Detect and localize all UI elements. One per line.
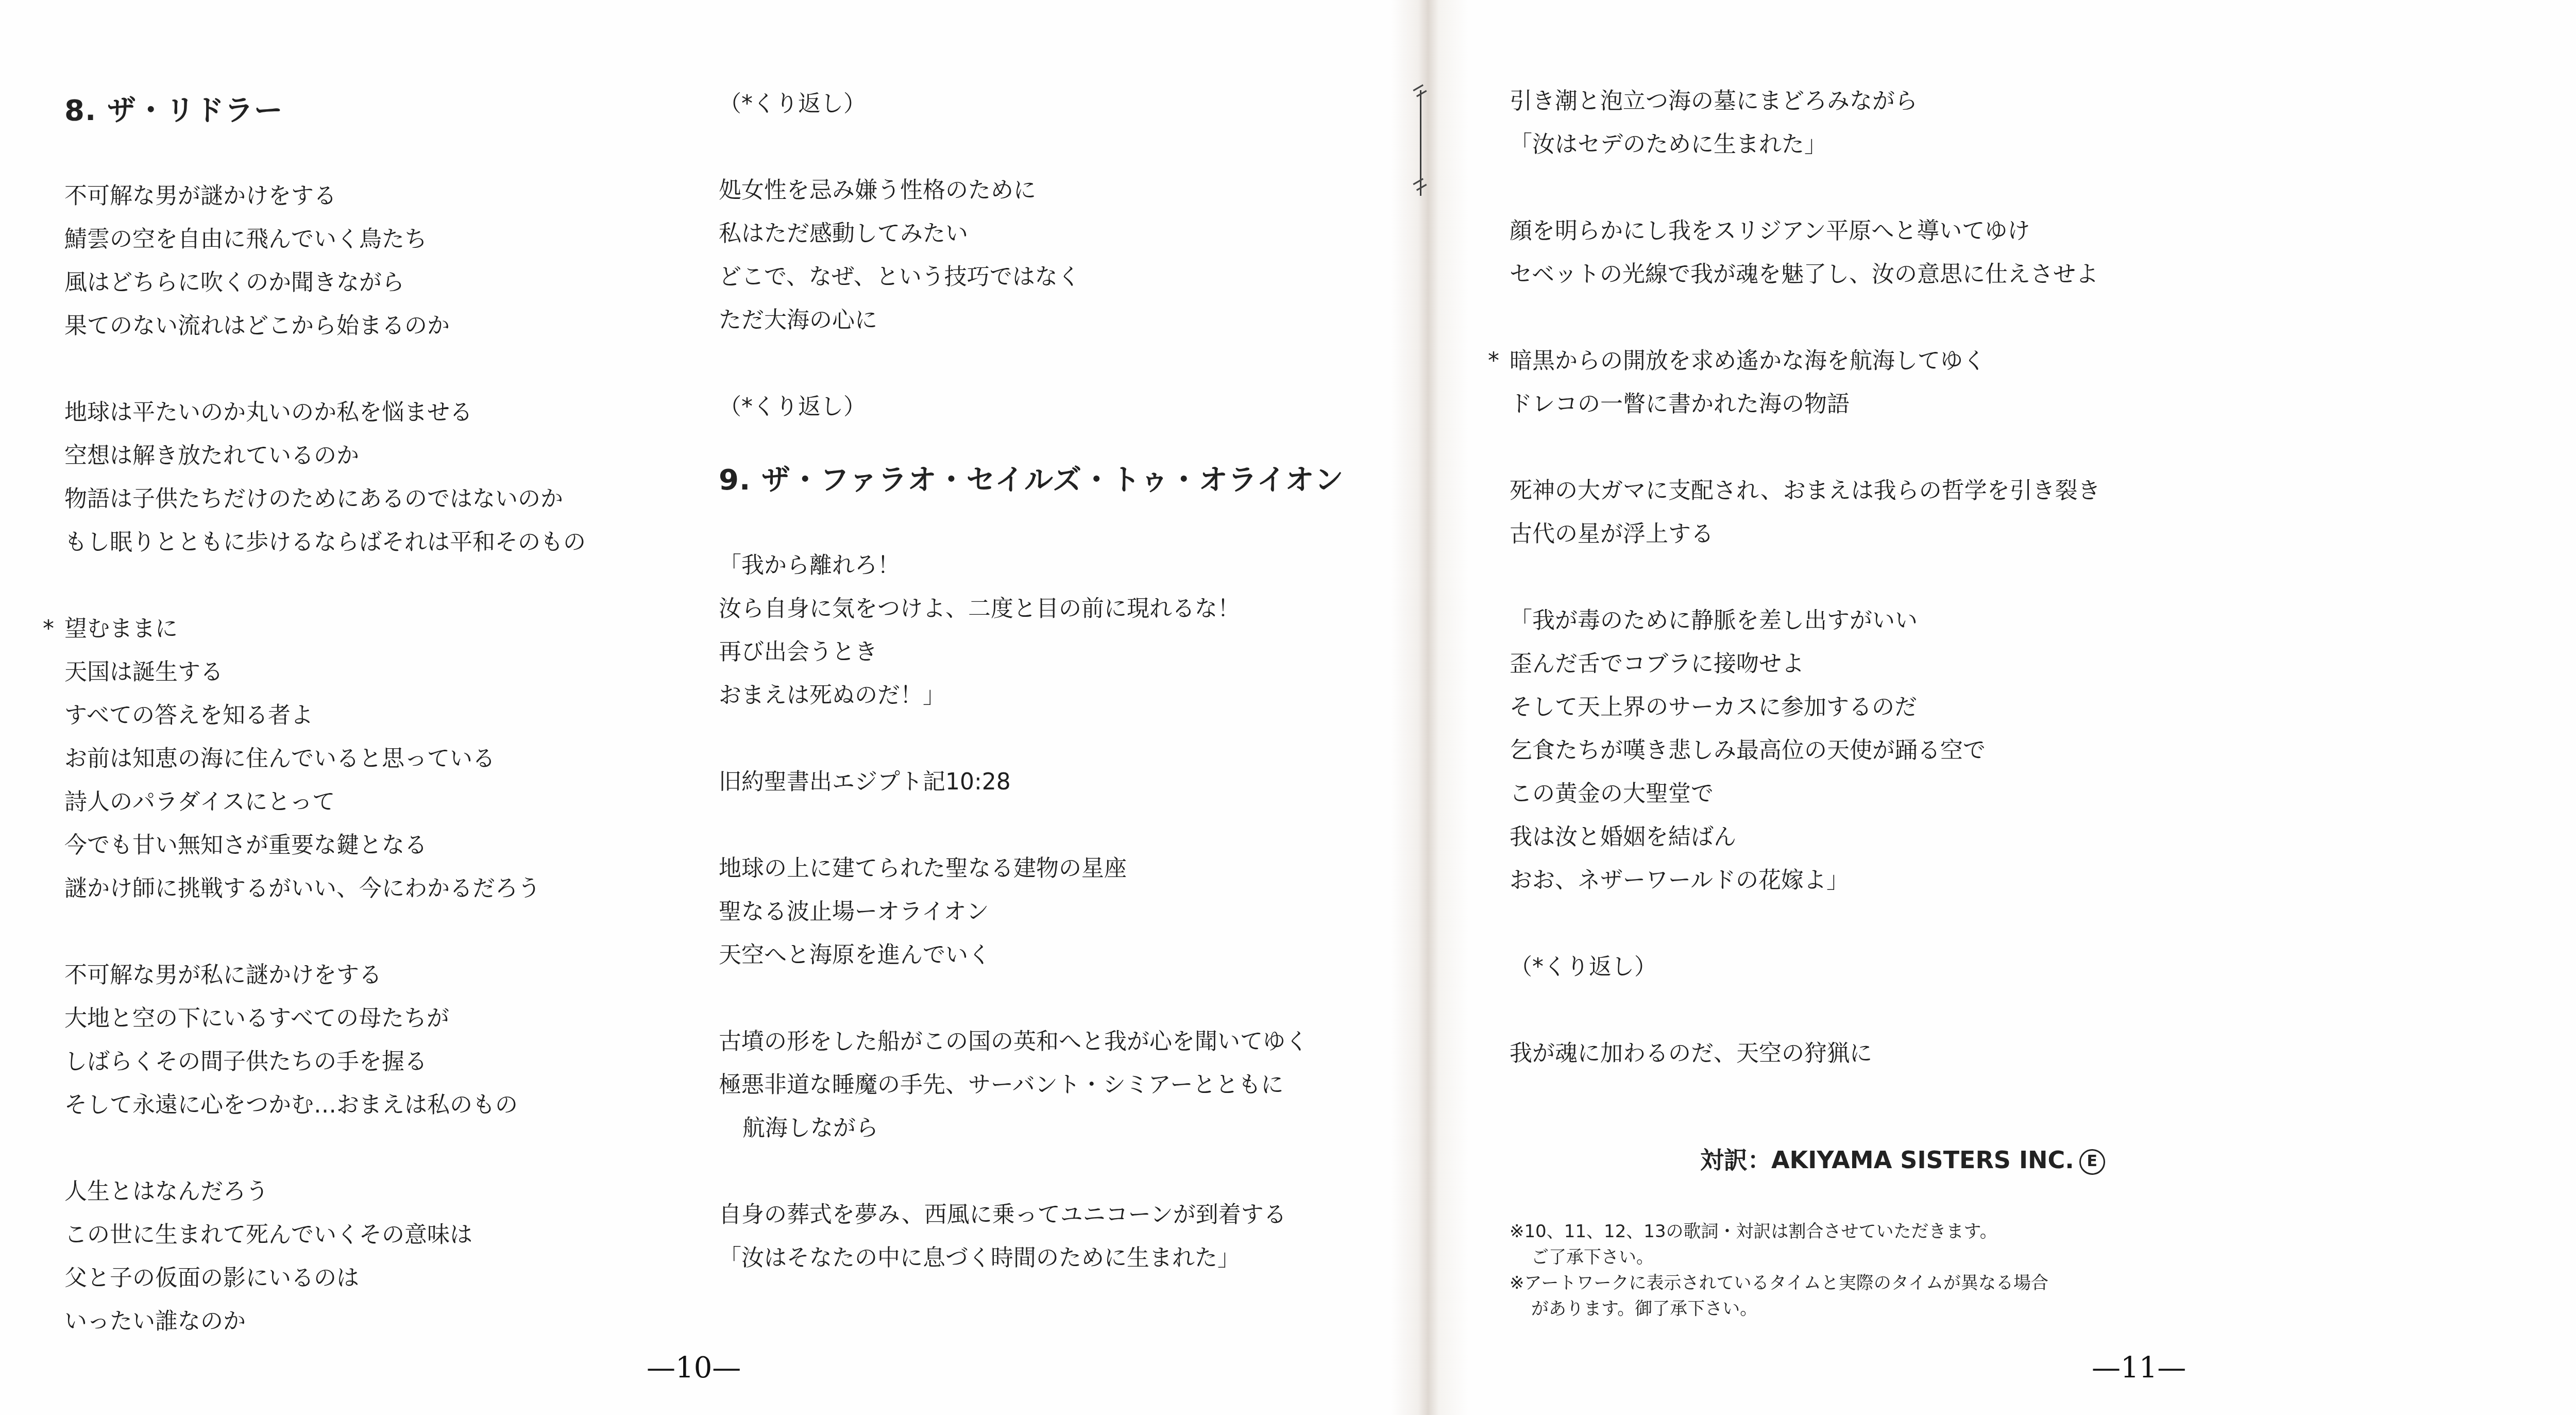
- lyric-line: （*くり返し）: [719, 385, 1388, 429]
- stanza-break: [1510, 989, 2231, 1032]
- lyric-line: 聖なる波止場ーオライオン: [719, 890, 1388, 934]
- song8-column: 8. ザ・リドラー 不可解な男が謎かけをする鯖雲の空を自由に飛んでいく鳥たち風は…: [64, 90, 683, 1343]
- lyric-line: 再び出会うとき: [719, 631, 1388, 674]
- stanza-break: [1510, 166, 2231, 210]
- stanza-break: [719, 717, 1388, 761]
- stanza-break: [64, 911, 683, 954]
- stanza-break: [1510, 426, 2231, 469]
- lyric-line: 詩人のパラダイスにとって: [64, 781, 683, 824]
- stanza-break: [719, 342, 1388, 385]
- lyric-line: そして永遠に心をつかむ…おまえは私のもの: [64, 1084, 683, 1127]
- lyric-line: 地球は平たいのか丸いのか私を悩ませる: [64, 391, 683, 434]
- lyric-line: すべての答えを知る者よ: [64, 694, 683, 737]
- booklet-spread: 8. ザ・リドラー 不可解な男が謎かけをする鯖雲の空を自由に飛んでいく鳥たち風は…: [0, 0, 2576, 1415]
- page-number-11: —11—: [2092, 1347, 2186, 1389]
- stanza-break: [64, 564, 683, 608]
- lyric-line: 私はただ感動してみたい: [719, 212, 1388, 256]
- song9-lyrics-continued: 引き潮と泡立つ海の墓にまどろみながら「汝はセデのために生まれた」顔を明らかにし我…: [1510, 80, 2231, 1075]
- lyric-line: 「汝はセデのために生まれた」: [1510, 123, 2231, 166]
- stanza-break: [719, 804, 1388, 847]
- lyric-line: この世に生まれて死んでいくその意味は: [64, 1214, 683, 1257]
- chorus-asterisk-icon: *: [43, 608, 54, 651]
- song9-lyrics-continued-column: 引き潮と泡立つ海の墓にまどろみながら「汝はセデのために生まれた」顔を明らかにし我…: [1510, 80, 2231, 1075]
- lyric-line: 物語は子供たちだけのためにあるのではないのか: [64, 478, 683, 521]
- song9-title: 9. ザ・ファラオ・セイルズ・トゥ・オライオン: [719, 460, 1388, 501]
- lyric-line: しばらくその間子供たちの手を握る: [64, 1040, 683, 1084]
- lyric-line: *望むままに: [64, 608, 683, 651]
- lyric-line: 風はどちらに吹くのか聞きながら: [64, 261, 683, 305]
- stanza-break: [64, 1127, 683, 1170]
- lyric-line: 不可解な男が謎かけをする: [64, 175, 683, 218]
- song9-column: （*くり返し）処女性を忌み嫌う性格のために私はただ感動してみたいどこで、なぜ、と…: [719, 82, 1388, 1280]
- lyric-line: 果てのない流れはどこから始まるのか: [64, 305, 683, 348]
- lyric-line: 汝ら自身に気をつけよ、二度と目の前に現れるな！: [719, 587, 1388, 631]
- lyric-line: お前は知恵の海に住んでいると思っている: [64, 737, 683, 781]
- lyric-line: 引き潮と泡立つ海の墓にまどろみながら: [1510, 80, 2231, 123]
- lyric-line: 「汝はそなたの中に息づく時間のために生まれた」: [719, 1237, 1388, 1280]
- lyric-line: 不可解な男が私に謎かけをする: [64, 954, 683, 997]
- lyric-line: 天国は誕生する: [64, 651, 683, 694]
- stanza-break: [719, 1150, 1388, 1193]
- lyric-line: （*くり返し）: [719, 82, 1388, 126]
- lyric-line: 歪んだ舌でコブラに接吻せよ: [1510, 643, 2231, 686]
- lyric-line: 父と子の仮面の影にいるのは: [64, 1257, 683, 1300]
- lyric-line: 死神の大ガマに支配され、おまえは我らの哲学を引き裂き: [1510, 469, 2231, 513]
- lyric-line: 処女性を忌み嫌う性格のために: [719, 169, 1388, 212]
- footnote-1: ※10、11、12、13の歌詞・対訳は割合させていただきます。: [1510, 1219, 2048, 1244]
- lyric-line: *暗黒からの開放を求め遙かな海を航海してゆく: [1510, 340, 2231, 383]
- song8-lyrics-continued: （*くり返し）処女性を忌み嫌う性格のために私はただ感動してみたいどこで、なぜ、と…: [719, 82, 1388, 429]
- center-fold: [1391, 0, 1468, 1415]
- lyric-line: 大地と空の下にいるすべての母たちが: [64, 997, 683, 1040]
- lyric-line: セベットの光線で我が魂を魅了し、汝の意思に仕えさせよ: [1510, 253, 2231, 296]
- footnote-1-continued: ご了承下さい。: [1510, 1244, 2048, 1270]
- lyric-line: 「我が毒のために静脈を差し出すがいい: [1510, 599, 2231, 643]
- lyric-line: いったい誰なのか: [64, 1300, 683, 1343]
- lyric-line: 我が魂に加わるのだ、天空の狩猟に: [1510, 1032, 2231, 1075]
- lyric-line: 「我から離れろ！: [719, 544, 1388, 587]
- lyric-line: 顔を明らかにし我をスリジアン平原へと導いてゆけ: [1510, 210, 2231, 253]
- translation-credit: 対訳：AKIYAMA SISTERS INC.E: [1700, 1141, 2105, 1175]
- stanza-break: [1510, 556, 2231, 599]
- lyric-line: 謎かけ師に挑戦するがいい、今にわかるだろう: [64, 867, 683, 911]
- lyric-line: 我は汝と婚姻を結ばん: [1510, 816, 2231, 859]
- chorus-asterisk-icon: *: [1488, 340, 1499, 383]
- lyric-line: 極悪非道な睡魔の手先、サーバント・シミアーとともに: [719, 1064, 1388, 1107]
- lyric-line: もし眠りとともに歩けるならばそれは平和そのもの: [64, 521, 683, 564]
- lyric-line: おお、ネザーワールドの花嫁よ」: [1510, 859, 2231, 902]
- lyric-line: （*くり返し）: [1510, 946, 2231, 989]
- stanza-break: [1510, 902, 2231, 946]
- lyric-line: ただ大海の心に: [719, 299, 1388, 342]
- lyric-line: この黄金の大聖堂で: [1510, 772, 2231, 816]
- lyric-line: どこで、なぜ、という技巧ではなく: [719, 256, 1388, 299]
- lyric-line: 乞食たちが嘆き悲しみ最高位の天使が踊る空で: [1510, 729, 2231, 772]
- stanza-break: [1510, 296, 2231, 340]
- page-number-10: —10—: [647, 1347, 741, 1389]
- footnotes: ※10、11、12、13の歌詞・対訳は割合させていただきます。 ご了承下さい。 …: [1510, 1219, 2048, 1322]
- lyric-line: 天空へと海原を進んでいく: [719, 934, 1388, 977]
- lyric-line: ドレコの一瞥に書かれた海の物語: [1510, 383, 2231, 426]
- lyric-line: 人生とはなんだろう: [64, 1170, 683, 1214]
- footnote-2: ※アートワークに表示されているタイムと実際のタイムが異なる場合: [1510, 1270, 2048, 1296]
- lyric-line: 地球の上に建てられた聖なる建物の星座: [719, 847, 1388, 890]
- song9-lyrics: 「我から離れろ！汝ら自身に気をつけよ、二度と目の前に現れるな！再び出会うときおま…: [719, 544, 1388, 1280]
- lyric-line: 鯖雲の空を自由に飛んでいく鳥たち: [64, 218, 683, 261]
- lyric-line: そして天上界のサーカスに参加するのだ: [1510, 686, 2231, 729]
- lyric-line: 古代の星が浮上する: [1510, 513, 2231, 556]
- credit-label: 対訳：AKIYAMA SISTERS INC.: [1700, 1146, 2074, 1174]
- lyric-line: 自身の葬式を夢み、西風に乗ってユニコーンが到着する: [719, 1193, 1388, 1237]
- stanza-break: [64, 348, 683, 391]
- stanza-break: [719, 977, 1388, 1020]
- lyric-line: 今でも甘い無知さが重要な鍵となる: [64, 824, 683, 867]
- lyric-line: 旧約聖書出エジプト記10:28: [719, 761, 1388, 804]
- lyric-line: 空想は解き放たれているのか: [64, 434, 683, 478]
- footnote-2-continued: があります。御了承下さい。: [1510, 1296, 2048, 1322]
- lyric-line: 航海しながら: [719, 1107, 1388, 1150]
- stanza-break: [719, 126, 1388, 169]
- song8-title: 8. ザ・リドラー: [64, 90, 683, 131]
- lyric-line: 古墳の形をした船がこの国の英和へと我が心を聞いてゆく: [719, 1020, 1388, 1064]
- lyric-line: おまえは死ぬのだ！」: [719, 674, 1388, 717]
- song8-lyrics: 不可解な男が謎かけをする鯖雲の空を自由に飛んでいく鳥たち風はどちらに吹くのか聞き…: [64, 175, 683, 1343]
- circled-e-icon: E: [2079, 1149, 2105, 1175]
